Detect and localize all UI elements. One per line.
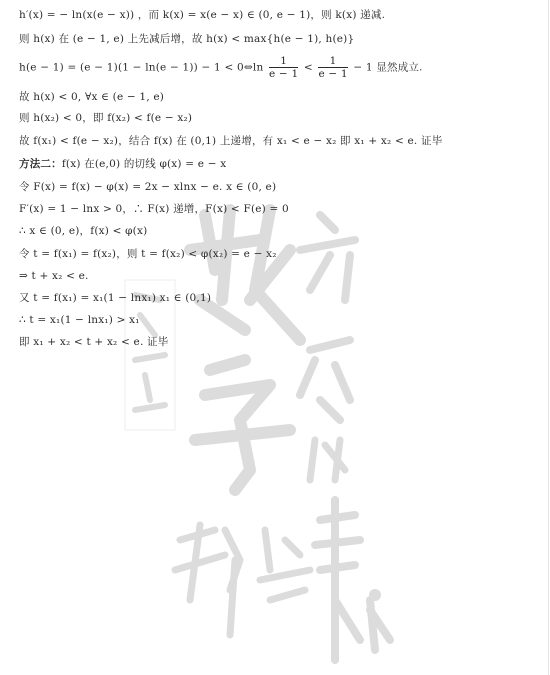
- line-6: 故 f(x₁) < f(e − x₂)，结合 f(x) 在 (0,1) 上递增，…: [19, 134, 442, 148]
- line-9: F′(x) = 1 − lnx > 0，∴ F(x) 递增，F(x) < F(e…: [19, 202, 289, 216]
- fraction-2: 1 e − 1: [318, 55, 347, 80]
- line-1: h′(x) = − ln(x(e − x)) ，而 k(x) = x(e − x…: [19, 8, 385, 22]
- line-10: ∴ x ∈ (0, e)，f(x) < φ(x): [19, 224, 147, 238]
- fraction-1-numerator: 1: [269, 55, 298, 68]
- document-page: h′(x) = − ln(x(e − x)) ，而 k(x) = x(e − x…: [0, 0, 549, 675]
- line-4: 故 h(x) < 0, ∀x ∈ (e − 1, e): [19, 90, 164, 104]
- line-11: 令 t = f(x₁) = f(x₂)，则 t = f(x₂) < φ(x₂) …: [19, 247, 277, 261]
- line-12: ⇒ t + x₂ < e.: [19, 269, 89, 283]
- line-8: 令 F(x) = f(x) − φ(x) = 2x − xlnx − e. x …: [19, 180, 276, 194]
- line-3: h(e − 1) = (e − 1)(1 − ln(e − 1)) − 1 < …: [19, 55, 423, 80]
- line-3-right: − 1 显然成立.: [353, 62, 422, 74]
- fraction-1-denominator: e − 1: [269, 68, 298, 80]
- line-5: 则 h(x₂) < 0，即 f(x₂) < f(e − x₂): [19, 111, 192, 125]
- line-7: 方法二：f(x) 在(e,0) 的切线 φ(x) = e − x: [19, 157, 226, 171]
- method-two-label: 方法二：: [19, 158, 62, 170]
- line-7-rest: f(x) 在(e,0) 的切线 φ(x) = e − x: [62, 158, 227, 170]
- line-14: ∴ t = x₁(1 − lnx₁) > x₁: [19, 313, 140, 327]
- fraction-1: 1 e − 1: [269, 55, 298, 80]
- fraction-2-numerator: 1: [318, 55, 347, 68]
- line-15: 即 x₁ + x₂ < t + x₂ < e. 证毕: [19, 335, 168, 349]
- line-2: 则 h(x) 在 (e − 1, e) 上先减后增，故 h(x) < max{h…: [19, 32, 354, 46]
- line-3-left: h(e − 1) = (e − 1)(1 − ln(e − 1)) − 1 < …: [19, 62, 263, 74]
- line-3-mid: <: [304, 62, 313, 74]
- line-13: 又 t = f(x₁) = x₁(1 − lnx₁) x₁ ∈ (0,1): [19, 291, 211, 305]
- fraction-2-denominator: e − 1: [318, 68, 347, 80]
